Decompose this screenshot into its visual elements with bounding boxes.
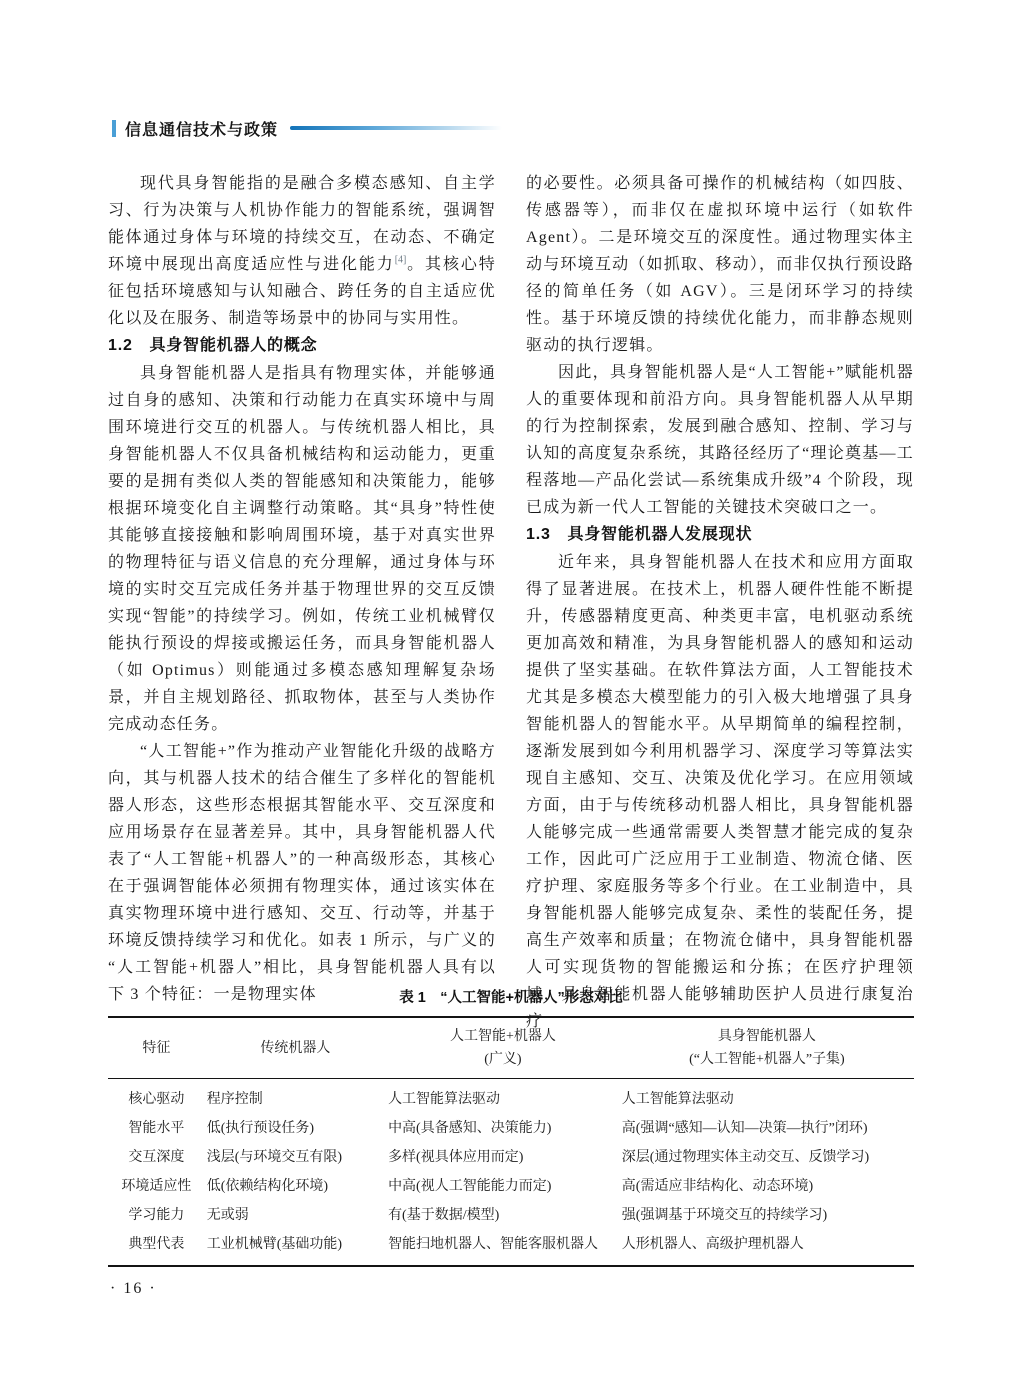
cell-feature: 核心驱动: [108, 1079, 205, 1115]
paragraph-embodied-robot-concept: 具身智能机器人是指具有物理实体，并能够通过自身的感知、决策和行动能力在真实环境中…: [108, 360, 496, 738]
paragraph-three-features-continued: 的必要性。必须具备可操作的机械结构（如四肢、传感器等），而非仅在虚拟环境中运行（…: [526, 170, 914, 359]
comparison-table: 特征 传统机器人 人工智能+机器人(广义) 具身智能机器人(“人工智能+机器人”…: [108, 1016, 914, 1267]
cell-value: 有(基于数据/模型): [386, 1201, 620, 1230]
cell-value: 智能扫地机器人、智能客服机器人: [386, 1230, 620, 1266]
cell-value: 浅层(与环境交互有限): [205, 1143, 386, 1172]
paragraph-embodied-robot-direction: 因此，具身智能机器人是“人工智能+”赋能机器人的重要体现和前沿方向。具身智能机器…: [526, 359, 914, 521]
page-number: · 16 ·: [110, 1280, 157, 1298]
paragraph-modern-embodied-ai: 现代具身智能指的是融合多模态感知、自主学习、行为决策与人机协作能力的智能系统，强…: [108, 170, 496, 332]
table-header-row: 特征 传统机器人 人工智能+机器人(广义) 具身智能机器人(“人工智能+机器人”…: [108, 1017, 914, 1079]
journal-title: 信息通信技术与政策: [125, 117, 278, 140]
header-line: 传统机器人: [207, 1037, 384, 1060]
cell-feature: 学习能力: [108, 1201, 205, 1230]
header-line: (“人工智能+机器人”子集): [622, 1048, 912, 1071]
body-columns: 现代具身智能指的是融合多模态感知、自主学习、行为决策与人机协作能力的智能系统，强…: [108, 170, 914, 1035]
table-row-core-drive: 核心驱动 程序控制 人工智能算法驱动 人工智能算法驱动: [108, 1079, 914, 1115]
header-cell-feature: 特征: [108, 1017, 205, 1079]
cell-value: 中高(具备感知、决策能力): [386, 1114, 620, 1143]
citation-ref-4: [4]: [395, 255, 407, 266]
accent-bar: [112, 120, 116, 137]
cell-value: 工业机械臂(基础功能): [205, 1230, 386, 1266]
paragraph-ai-plus-strategy: “人工智能+”作为推动产业智能化升级的战略方向，其与机器人技术的结合催生了多样化…: [108, 738, 496, 1008]
cell-feature: 环境适应性: [108, 1172, 205, 1201]
cell-value: 人形机器人、高级护理机器人: [620, 1230, 914, 1266]
header-cell-ai-plus-robot: 人工智能+机器人(广义): [386, 1017, 620, 1079]
header-line: (广义): [388, 1048, 618, 1071]
cell-value: 强(强调基于环境交互的持续学习): [620, 1201, 914, 1230]
header-line: 人工智能+机器人: [388, 1025, 618, 1048]
left-column: 现代具身智能指的是融合多模态感知、自主学习、行为决策与人机协作能力的智能系统，强…: [108, 170, 496, 1035]
table-row-interaction-depth: 交互深度 浅层(与环境交互有限) 多样(视具体应用而定) 深层(通过物理实体主动…: [108, 1143, 914, 1172]
cell-value: 程序控制: [205, 1079, 386, 1115]
right-column: 的必要性。必须具备可操作的机械结构（如四肢、传感器等），而非仅在虚拟环境中运行（…: [526, 170, 914, 1035]
cell-value: 高(需适应非结构化、动态环境): [620, 1172, 914, 1201]
table-row-typical-representative: 典型代表 工业机械臂(基础功能) 智能扫地机器人、智能客服机器人 人形机器人、高…: [108, 1230, 914, 1266]
cell-value: 深层(通过物理实体主动交互、反馈学习): [620, 1143, 914, 1172]
cell-value: 无或弱: [205, 1201, 386, 1230]
cell-value: 人工智能算法驱动: [386, 1079, 620, 1115]
table-row-environment-adaptability: 环境适应性 低(依赖结构化环境) 中高(视人工智能能力而定) 高(需适应非结构化…: [108, 1172, 914, 1201]
cell-value: 人工智能算法驱动: [620, 1079, 914, 1115]
cell-feature: 智能水平: [108, 1114, 205, 1143]
table-row-intelligence-level: 智能水平 低(执行预设任务) 中高(具备感知、决策能力) 高(强调“感知—认知—…: [108, 1114, 914, 1143]
table-row-learning-ability: 学习能力 无或弱 有(基于数据/模型) 强(强调基于环境交互的持续学习): [108, 1201, 914, 1230]
cell-feature: 交互深度: [108, 1143, 205, 1172]
section-heading-1-2: 1.2 具身智能机器人的概念: [108, 332, 496, 360]
cell-value: 高(强调“感知—认知—决策—执行”闭环): [620, 1114, 914, 1143]
header-line: 特征: [110, 1037, 203, 1060]
header-line: 具身智能机器人: [622, 1025, 912, 1048]
header-gradient-rule: [290, 126, 502, 130]
header-cell-traditional-robot: 传统机器人: [205, 1017, 386, 1079]
document-page: 信息通信技术与政策 现代具身智能指的是融合多模态感知、自主学习、行为决策与人机协…: [0, 0, 1020, 1375]
cell-value: 低(执行预设任务): [205, 1114, 386, 1143]
cell-value: 中高(视人工智能能力而定): [386, 1172, 620, 1201]
section-heading-1-3: 1.3 具身智能机器人发展现状: [526, 521, 914, 549]
table-caption: 表 1 “人工智能+机器人”形态对比: [108, 986, 914, 1007]
journal-header: 信息通信技术与政策: [112, 117, 502, 139]
cell-value: 低(依赖结构化环境): [205, 1172, 386, 1201]
cell-value: 多样(视具体应用而定): [386, 1143, 620, 1172]
paragraph-development-status: 近年来，具身智能机器人在技术和应用方面取得了显著进展。在技术上，机器人硬件性能不…: [526, 549, 914, 1035]
header-cell-embodied-robot: 具身智能机器人(“人工智能+机器人”子集): [620, 1017, 914, 1079]
cell-feature: 典型代表: [108, 1230, 205, 1266]
table-section: 表 1 “人工智能+机器人”形态对比 特征 传统机器人 人工智能+机器人(广义)…: [108, 986, 914, 1267]
